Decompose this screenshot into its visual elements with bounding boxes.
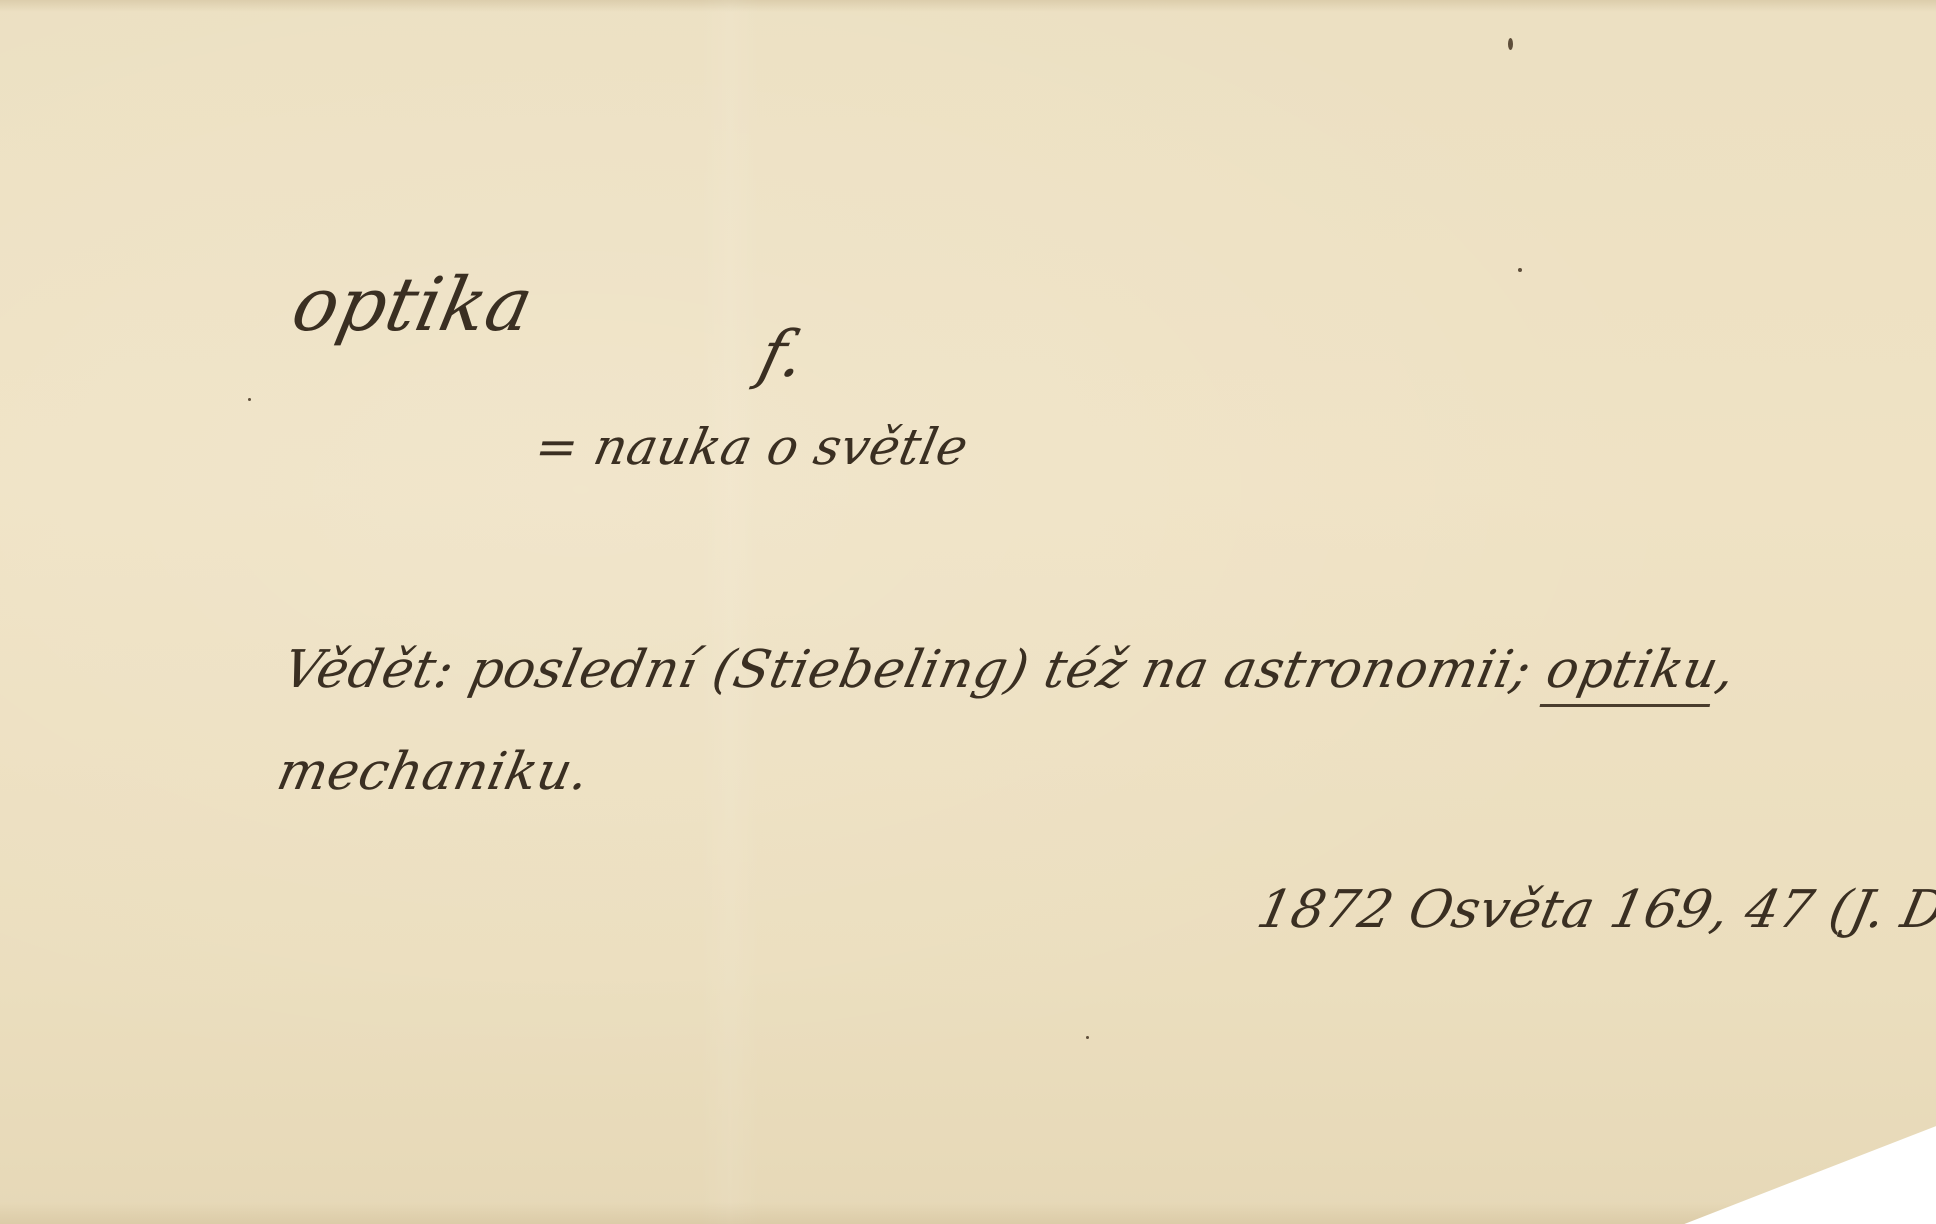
- document-slip: optika f. = nauka o světle Vědět: posled…: [0, 0, 1936, 1224]
- headword: optika: [285, 262, 541, 348]
- example-text: Vědět: poslední (Stiebeling) též na astr…: [278, 640, 1554, 700]
- paper-speck: [1518, 268, 1522, 272]
- example-line-2: mechaniku.: [272, 742, 595, 802]
- paper-speck: [248, 398, 251, 401]
- example-line-1: Vědět: poslední (Stiebeling) též na astr…: [278, 640, 1741, 700]
- paper-speck: [1086, 1036, 1089, 1039]
- paper-speck: [1508, 38, 1513, 50]
- definition: = nauka o světle: [530, 418, 974, 476]
- grammatical-gender: f.: [752, 318, 813, 392]
- source-citation: 1872 Osvěta 169, 47 (J. Durdík): [1252, 880, 1936, 940]
- paper-fold-shading: [700, 0, 760, 1224]
- example-underlined-word: optiku: [1540, 640, 1724, 707]
